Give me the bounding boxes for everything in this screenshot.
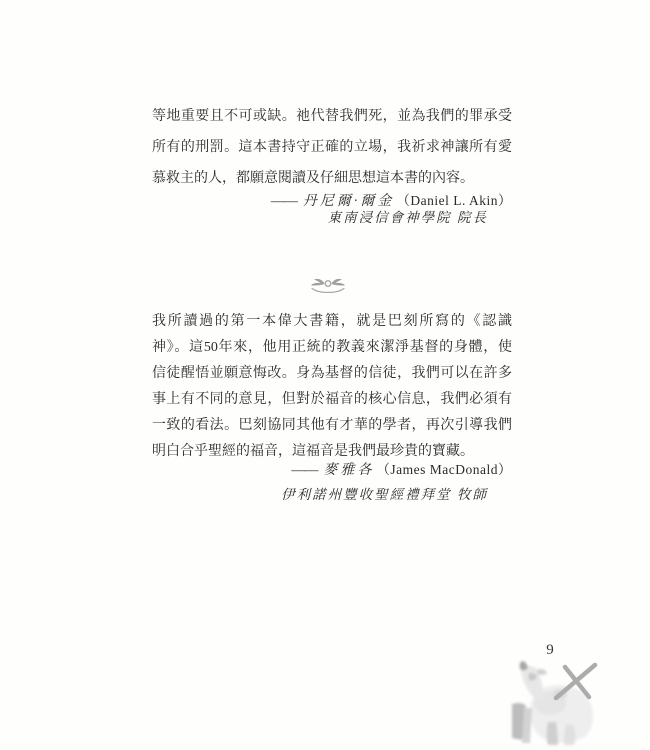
attribution-dash: —— <box>291 463 317 478</box>
text-line: 我所讀過的第一本偉大書籍，就是巴刻所寫的《認識 <box>152 309 512 335</box>
text-line: 等地重要且不可或缺。祂代替我們死，並為我們的罪承受 <box>152 101 512 132</box>
endorser-name-en: （James MacDonald） <box>376 462 512 477</box>
text-line: 所有的刑罰。這本書持守正確的立場，我祈求神讓所有愛 <box>152 132 512 163</box>
endorser-affiliation: 東南浸信會神學院 院長 <box>152 205 512 230</box>
text-line: 一致的看法。巴刻協同其他有才華的學者，再次引導我們 <box>152 413 512 439</box>
endorsements-column: 等地重要且不可或缺。祂代替我們死，並為我們的罪承受 所有的刑罰。這本書持守正確的… <box>152 0 512 750</box>
endorser-attribution: ——麥雅各（James MacDonald） <box>152 456 512 484</box>
text-line: 神》。這50年來，他用正統的教義來潔淨基督的身體，使 <box>152 335 512 361</box>
lamb-with-cross-watermark-icon <box>504 656 604 748</box>
fleuron-divider-icon <box>306 276 350 298</box>
endorsement-1-paragraph: 等地重要且不可或缺。祂代替我們死，並為我們的罪承受 所有的刑罰。這本書持守正確的… <box>152 101 512 194</box>
endorsement-2-paragraph: 我所讀過的第一本偉大書籍，就是巴刻所寫的《認識 神》。這50年來，他用正統的教義… <box>152 309 512 465</box>
text-line: 事上有不同的意見，但對於福音的核心信息，我們必須有 <box>152 387 512 413</box>
endorser-affiliation: 伊利諾州豐收聖經禮拜堂 牧師 <box>152 482 512 507</box>
text-line: 信徒醒悟並願意悔改。身為基督的信徒，我們可以在許多 <box>152 361 512 387</box>
endorser-name-zh: 麥雅各 <box>323 463 374 478</box>
book-page: 等地重要且不可或缺。祂代替我們死，並為我們的罪承受 所有的刑罰。這本書持守正確的… <box>0 0 650 750</box>
